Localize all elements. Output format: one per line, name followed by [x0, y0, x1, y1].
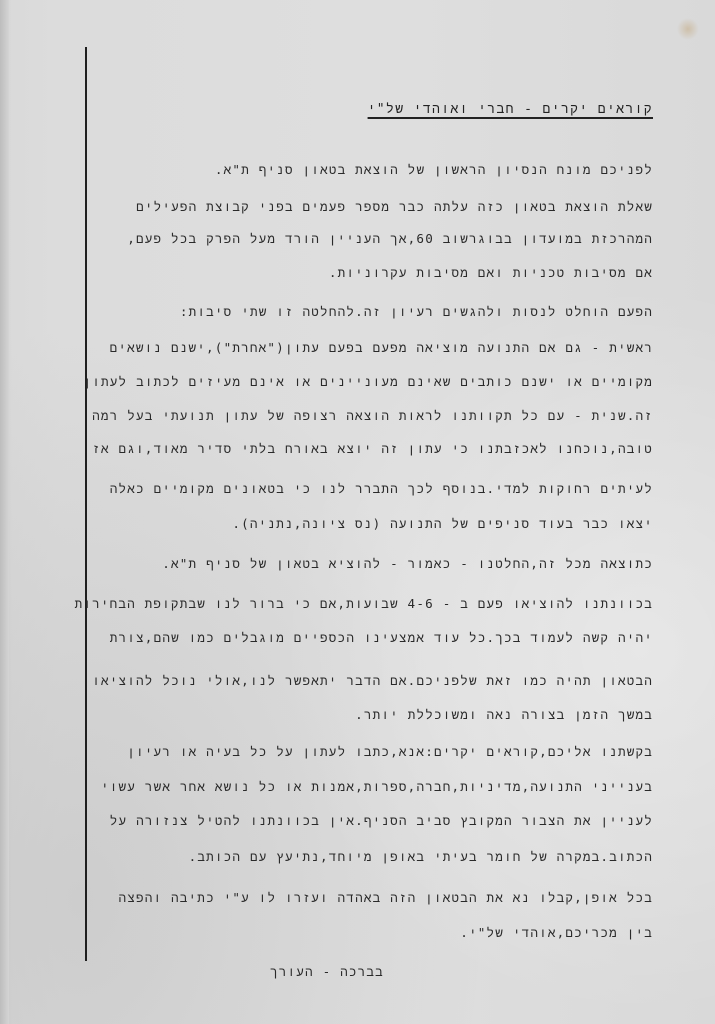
page-shadow-edge [0, 0, 9, 1024]
body-line: לפניכם מונח הנסיון הראשון של הוצאת בטאון… [73, 162, 653, 178]
body-line: לעיתים רחוקות למדי.בנוסף לכך התברר לנו כ… [73, 481, 653, 497]
body-line: טובה,נוכחנו לאכזבתנו כי עתון זה יוצא באו… [73, 441, 653, 457]
body-line: בכוונתנו להוציאו פעם ב - 4-6 שבועות,אם כ… [73, 596, 653, 612]
body-line: בקשתנו אליכם,קוראים יקרים:אנא,כתבו לעתון… [73, 744, 653, 760]
body-line: מקומיים או ישנם כותבים שאינם מעוניינים א… [73, 374, 653, 390]
body-line: יצאו כבר בעוד סניפים של התנועה (נס ציונה… [73, 516, 653, 532]
body-line: כתוצאה מכל זה,החלטנו - כאמור - להוציא בט… [73, 556, 653, 572]
paper-stain [677, 18, 699, 40]
body-line: זה.שנית - עם כל תקוותנו לראות הוצאה רצופ… [73, 408, 653, 424]
body-line: ראשית - גם אם התנועה מוציאה מפעם בפעם עת… [73, 340, 653, 356]
body-line: בכל אופן,קבלו נא את הבטאון הזה באהדה ועז… [73, 890, 653, 906]
body-line: בענייני התנועה,מדיניות,חברה,ספרות,אמנות … [73, 779, 653, 795]
signature: בברכה - העורך [270, 964, 384, 980]
body-line: בין מכריכם,אוהדי של"י. [73, 925, 653, 941]
body-line: לעניין את הצבור המקובץ סביב הסניף.אין בכ… [73, 813, 653, 829]
document-title: קוראים יקרים - חברי ואוהדי של"י [368, 102, 653, 117]
body-line: הפעם הוחלט לנסות ולהגשים רעיון זה.להחלטה… [73, 304, 653, 320]
body-line: יהיה קשה לעמוד בכך.כל עוד אמצעינו הכספיי… [73, 630, 653, 646]
body-line: שאלת הוצאת בטאון כזה עלתה כבר מספר פעמים… [73, 199, 653, 215]
body-line: אם מסיבות טכניות ואם מסיבות עקרוניות. [73, 265, 653, 281]
body-line: המהרכזת במועדון בבוגרשוב 60,אך העניין הו… [73, 231, 653, 247]
body-line: הבטאון תהיה כמו זאת שלפניכם.אם הדבר יתאפ… [73, 673, 653, 689]
scanned-document-page: קוראים יקרים - חברי ואוהדי של"י לפניכם מ… [0, 0, 715, 1024]
body-line: במשך הזמן בצורה נאה ומשוכללת יותר. [73, 707, 653, 723]
body-line: הכתוב.במקרה של חומר בעיתי באופן מיוחד,נת… [73, 849, 653, 865]
